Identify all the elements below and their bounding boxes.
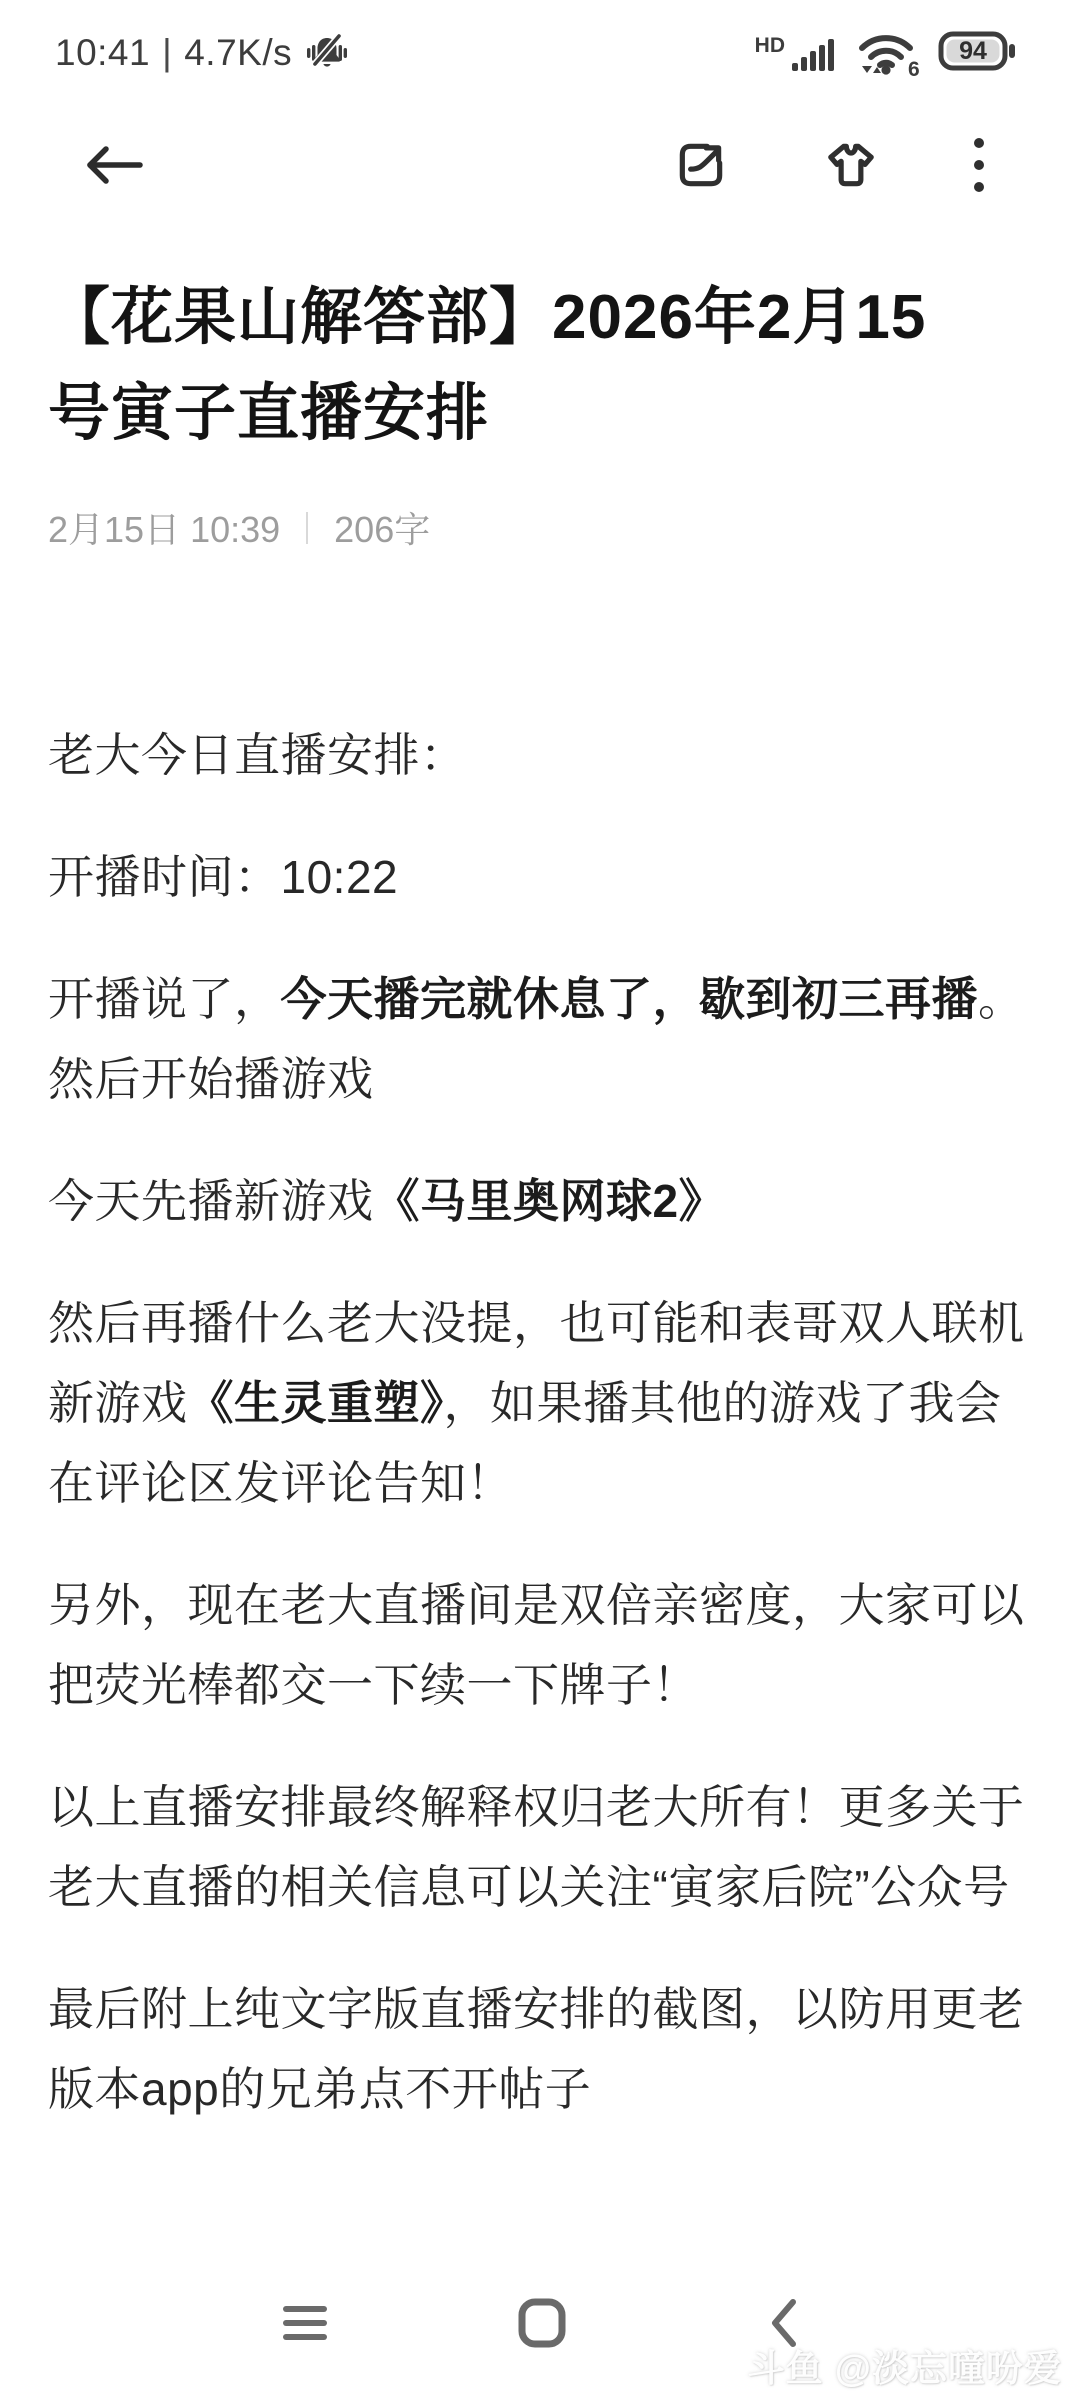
post-paragraph: 最后附上纯文字版直播安排的截图，以防用更老版本app的兄弟点不开帖子 bbox=[48, 1969, 1032, 2129]
nav-actions bbox=[673, 136, 985, 197]
text-segment: 开播时间：10:22 bbox=[48, 851, 398, 903]
post-paragraph: 以上直播安排最终解释权归老大所有！更多关于老大直播的相关信息可以关注“寅家后院”… bbox=[48, 1767, 1032, 1927]
home-square-icon bbox=[518, 2298, 566, 2351]
network-speed: 4.7K/s bbox=[184, 32, 292, 74]
post-meta: 2月15日 10:39 206字 bbox=[48, 502, 1032, 553]
text-segment: 以上直播安排最终解释权归老大所有！更多关于老大直播的相关信息可以关注“寅家后院”… bbox=[48, 1781, 1025, 1913]
meta-divider bbox=[306, 512, 308, 544]
battery-icon: 94 bbox=[938, 30, 1018, 77]
post-title-line: 【花果山解答部】2026年2月15 bbox=[48, 270, 1032, 366]
silent-vibrate-bell-icon bbox=[306, 33, 348, 73]
post-paragraph: 开播说了，今天播完就休息了，歇到初三再播。然后开始播游戏 bbox=[48, 959, 1032, 1119]
status-bar: 10:41 | 4.7K/s HD bbox=[0, 0, 1080, 92]
post-paragraph: 老大今日直播安排： bbox=[48, 715, 1032, 795]
post-paragraph: 然后再播什么老大没提，也可能和表哥双人联机新游戏《生灵重塑》，如果播其他的游戏了… bbox=[48, 1283, 1032, 1523]
post-title-line: 号寅子直播安排 bbox=[48, 366, 1032, 462]
back-button[interactable] bbox=[80, 142, 146, 191]
post-title: 【花果山解答部】2026年2月15号寅子直播安排 bbox=[48, 270, 1032, 462]
share-external-icon bbox=[673, 137, 729, 196]
word-count: 206字 bbox=[334, 502, 430, 553]
battery-percent: 94 bbox=[959, 37, 987, 65]
bold-text-segment: 《马里奥网球2》 bbox=[374, 1175, 726, 1227]
post-paragraph: 开播时间：10:22 bbox=[48, 837, 1032, 917]
recents-button[interactable] bbox=[282, 2304, 328, 2345]
status-left: 10:41 | 4.7K/s bbox=[55, 32, 348, 74]
back-chevron-icon bbox=[768, 2296, 798, 2353]
kebab-menu-icon bbox=[973, 136, 985, 197]
text-segment: 老大今日直播安排： bbox=[48, 729, 467, 781]
share-button[interactable] bbox=[673, 137, 729, 196]
home-button[interactable] bbox=[518, 2298, 566, 2351]
recents-hamburger-icon bbox=[282, 2304, 328, 2345]
post-date: 2月15日 10:39 bbox=[48, 502, 280, 553]
status-right: HD 6 bbox=[755, 30, 1018, 77]
system-back-button[interactable] bbox=[768, 2296, 798, 2353]
text-segment: 今天先播新游戏 bbox=[48, 1175, 374, 1227]
text-segment: 开播说了， bbox=[48, 973, 281, 1025]
post-body: 老大今日直播安排：开播时间：10:22开播说了，今天播完就休息了，歇到初三再播。… bbox=[48, 715, 1032, 2129]
wifi-gen-label: 6 bbox=[908, 58, 920, 76]
status-separator: | bbox=[162, 32, 172, 74]
theme-skin-button[interactable] bbox=[823, 137, 879, 196]
wifi-icon: 6 bbox=[854, 30, 922, 76]
bold-text-segment: 今天播完就休息了，歇到初三再播 bbox=[281, 973, 979, 1025]
hd-label: HD bbox=[755, 35, 785, 56]
more-menu-button[interactable] bbox=[973, 136, 985, 197]
signal-bars-icon: HD bbox=[755, 33, 838, 73]
article: 【花果山解答部】2026年2月15号寅子直播安排 2月15日 10:39 206… bbox=[0, 270, 1080, 2129]
clock: 10:41 bbox=[55, 32, 150, 74]
back-arrow-icon bbox=[80, 142, 146, 191]
post-paragraph: 另外，现在老大直播间是双倍亲密度，大家可以把荧光棒都交一下续一下牌子！ bbox=[48, 1565, 1032, 1725]
bold-text-segment: 《生灵重塑》 bbox=[188, 1377, 444, 1429]
post-paragraph: 今天先播新游戏《马里奥网球2》 bbox=[48, 1161, 1032, 1241]
app-nav-bar bbox=[0, 92, 1080, 240]
shirt-theme-icon bbox=[823, 137, 879, 196]
text-segment: 另外，现在老大直播间是双倍亲密度，大家可以把荧光棒都交一下续一下牌子！ bbox=[48, 1579, 1025, 1711]
text-segment: 最后附上纯文字版直播安排的截图，以防用更老版本app的兄弟点不开帖子 bbox=[48, 1983, 1025, 2115]
system-nav-bar bbox=[0, 2248, 1080, 2400]
